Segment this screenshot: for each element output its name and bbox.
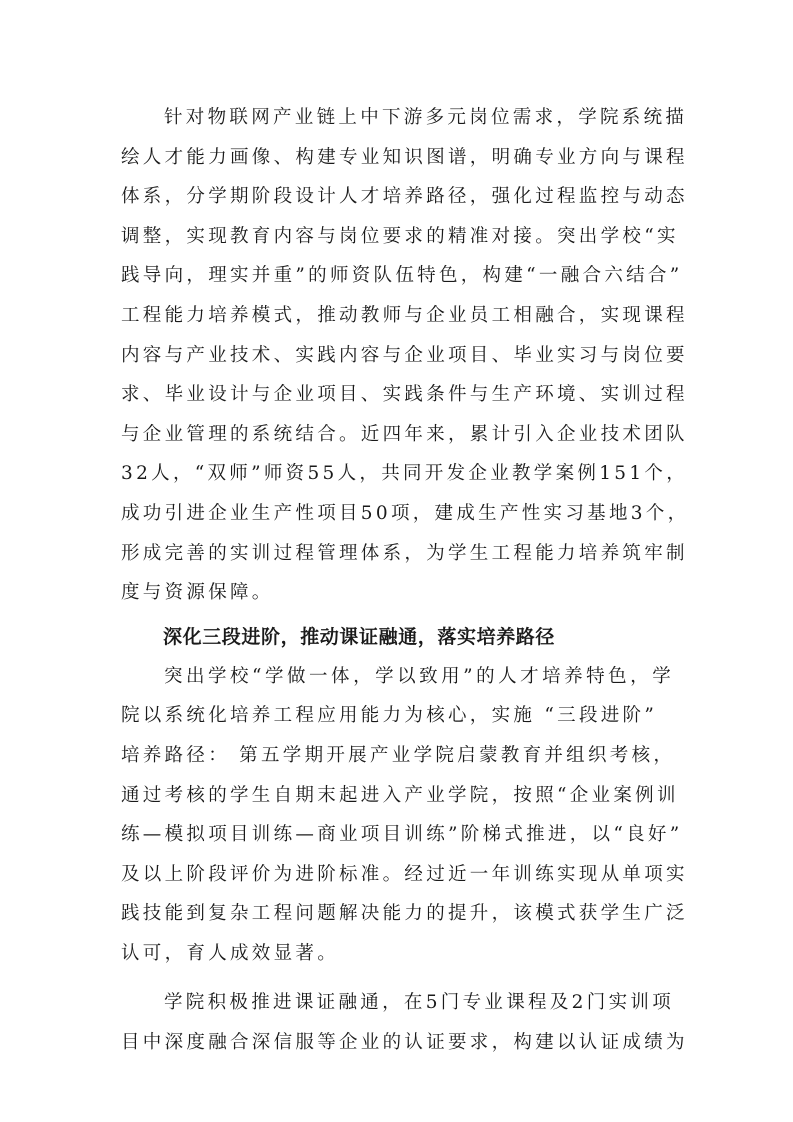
text-line: 突出学校“学做一体，学以致用”的人才培养特色，学 xyxy=(121,657,674,697)
document-page: 针对物联网产业链上中下游多元岗位需求，学院系统描 绘人才能力画像、构建专业知识图… xyxy=(121,98,674,1063)
text-line: 成功引进企业生产性项目50项，建成生产性实习基地3个， xyxy=(121,494,674,534)
paragraph-three-stage: 突出学校“学做一体，学以致用”的人才培养特色，学 院以系统化培养工程应用能力为核… xyxy=(121,657,674,974)
text-line: 32人，“双师”师资55人，共同开发企业教学案例151个， xyxy=(121,454,674,494)
text-line: 调整，实现教育内容与岗位要求的精准对接。突出学校“实 xyxy=(121,217,674,257)
text-line: 学院积极推进课证融通，在5门专业课程及2门实训项 xyxy=(121,983,674,1023)
paragraph-teaching-system: 针对物联网产业链上中下游多元岗位需求，学院系统描 绘人才能力画像、构建专业知识图… xyxy=(121,98,674,613)
text-line: 院以系统化培养工程应用能力为核心，实施 “三段进阶” xyxy=(121,696,674,736)
text-line: 及以上阶段评价为进阶标准。经过近一年训练实现从单项实 xyxy=(121,855,674,895)
text-line: 针对物联网产业链上中下游多元岗位需求，学院系统描 xyxy=(121,98,674,138)
text-line: 练—模拟项目训练—商业项目训练”阶梯式推进，以“良好” xyxy=(121,815,674,855)
section-heading: 深化三段进阶，推动课证融通，落实培养路径 xyxy=(121,617,674,657)
text-line: 求、毕业设计与企业项目、实践条件与生产环境、实训过程 xyxy=(121,375,674,415)
text-line: 度与资源保障。 xyxy=(121,573,674,613)
text-line: 绘人才能力画像、构建专业知识图谱，明确专业方向与课程 xyxy=(121,138,674,178)
spacer xyxy=(121,973,674,983)
text-line: 践技能到复杂工程问题解决能力的提升，该模式获学生广泛 xyxy=(121,894,674,934)
text-line: 通过考核的学生自期末起进入产业学院，按照“企业案例训 xyxy=(121,776,674,816)
text-line: 认可，育人成效显著。 xyxy=(121,934,674,974)
text-line: 与企业管理的系统结合。近四年来，累计引入企业技术团队 xyxy=(121,415,674,455)
paragraph-course-certificate: 学院积极推进课证融通，在5门专业课程及2门实训项 目中深度融合深信服等企业的认证… xyxy=(121,983,674,1062)
text-line: 内容与产业技术、实践内容与企业项目、毕业实习与岗位要 xyxy=(121,336,674,376)
text-line: 形成完善的实训过程管理体系，为学生工程能力培养筑牢制 xyxy=(121,534,674,574)
text-line: 体系，分学期阶段设计人才培养路径，强化过程监控与动态 xyxy=(121,177,674,217)
text-line: 工程能力培养模式，推动教师与企业员工相融合，实现课程 xyxy=(121,296,674,336)
text-line: 目中深度融合深信服等企业的认证要求，构建以认证成绩为 xyxy=(121,1023,674,1063)
text-line: 培养路径： 第五学期开展产业学院启蒙教育并组织考核， xyxy=(121,736,674,776)
text-line: 践导向，理实并重”的师资队伍特色，构建“一融合六结合” xyxy=(121,256,674,296)
